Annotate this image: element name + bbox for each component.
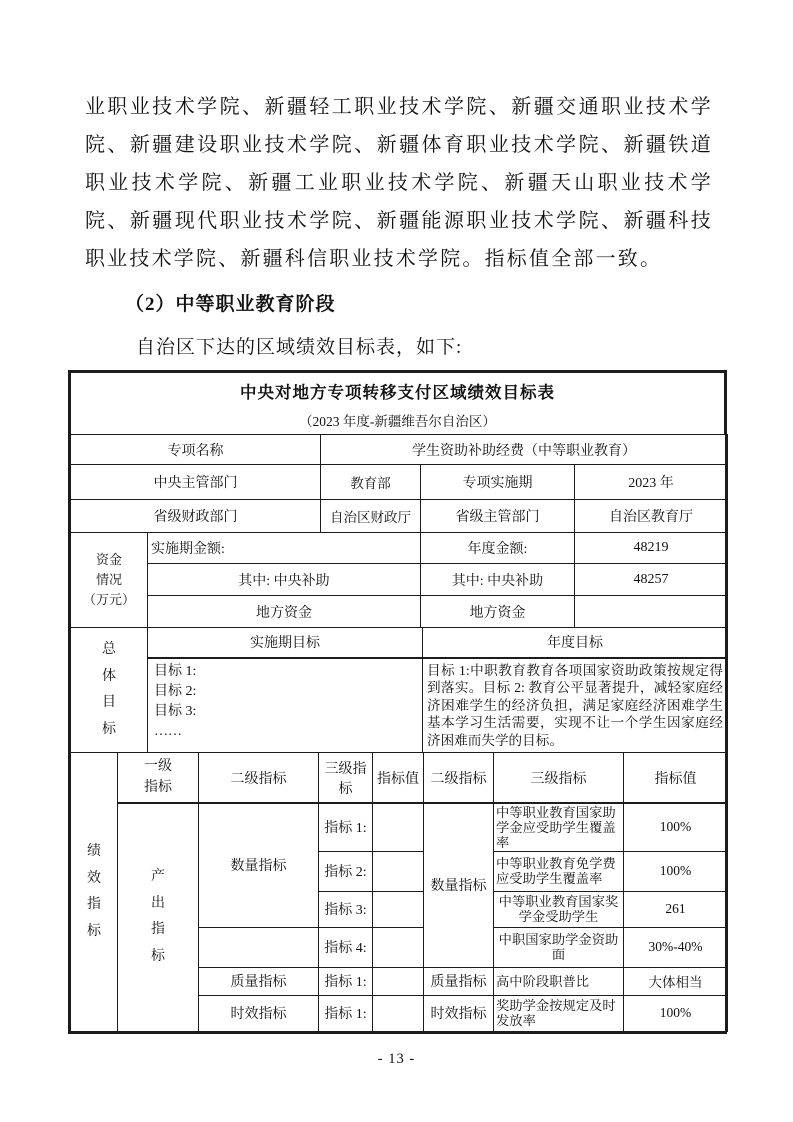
header-level3-left: 三级指标 — [319, 753, 373, 803]
indicator-left-value — [373, 967, 424, 995]
table-section-funds: 资金 情况 （万元） 实施期金额: 年度金额: 48219 其中: 中央补助 其… — [70, 532, 728, 628]
performance-section-label: 绩效指标 — [71, 753, 118, 1032]
intro-line: 自治区下达的区域绩效目标表，如下: — [136, 332, 793, 359]
table-section-departments: 中央主管部门 教育部 专项实施期 2023 年 省级财政部门 自治区财政厅 省级… — [70, 464, 728, 533]
funds-impl-label: 实施期金额: — [148, 533, 421, 564]
indicator-left-l3: 指标 4: — [319, 927, 373, 967]
prov-dept-value: 自治区教育厅 — [575, 500, 728, 533]
funds-annual-value — [575, 596, 728, 628]
prov-finance-label: 省级财政部门 — [71, 500, 321, 533]
page-number: - 13 - — [0, 1051, 793, 1068]
performance-target-table: 中央对地方专项转移支付区域绩效目标表 （2023 年度-新疆维吾尔自治区） 专项… — [68, 370, 727, 1034]
indicator-left-value — [373, 995, 424, 1031]
level1-output-text: 产出指标 — [150, 864, 165, 970]
indicator-right-value: 100% — [624, 851, 728, 891]
annual-goal-header: 年度目标 — [423, 628, 728, 658]
indicator-right-value: 大体相当 — [624, 967, 728, 995]
table-row: 中央对地方专项转移支付区域绩效目标表 （2023 年度-新疆维吾尔自治区） — [71, 373, 725, 435]
header-level1-text: 一级指标 — [143, 757, 172, 798]
project-name-value: 学生资助补助经费（中等职业教育） — [321, 435, 728, 465]
table-section-project: 专项名称 学生资助补助经费（中等职业教育） — [70, 434, 728, 465]
header-level3-right: 三级指标 — [494, 753, 624, 803]
table-row: 省级财政部门 自治区财政厅 省级主管部门 自治区教育厅 — [71, 500, 728, 533]
impl-goal-header: 实施期目标 — [148, 628, 423, 658]
indicator-right-l3: 中等职业教育国家助学金应受助学生覆盖率 — [494, 803, 624, 852]
table-row: 绩效指标 一级指标 二级指标 三级指标 指标值 二级指标 三级指标 指标值 — [71, 753, 728, 803]
indicator-left-value — [373, 891, 424, 927]
indicator-left-l3: 指标 1: — [319, 803, 373, 852]
prov-finance-value: 自治区财政厅 — [321, 500, 421, 533]
overall-goal-section-label: 总体目标 — [71, 628, 148, 753]
indicator-left-value — [373, 927, 424, 967]
body-paragraph: 业职业技术学院、新疆轻工职业技术学院、新疆交通职业技术学院、新疆建设职业技术学院… — [85, 88, 713, 278]
quantity-group-left: 数量指标 — [199, 803, 319, 928]
prov-dept-label: 省级主管部门 — [421, 500, 575, 533]
header-level1: 一级指标 — [118, 753, 199, 803]
quality-group-right: 质量指标 — [424, 967, 494, 995]
funds-section-label: 资金 情况 （万元） — [71, 533, 148, 628]
table-section-overall-goal: 总体目标 实施期目标 年度目标 目标 1: 目标 2: 目标 3: …… 目标 … — [70, 627, 728, 753]
timeliness-group-left: 时效指标 — [199, 995, 319, 1031]
indicator-right-value: 30%-40% — [624, 927, 728, 967]
empty-level2-cell — [199, 927, 319, 967]
indicator-left-value — [373, 803, 424, 852]
table-section-performance: 绩效指标 一级指标 二级指标 三级指标 指标值 二级指标 三级指标 指标值 产出… — [70, 752, 728, 1032]
project-name-label: 专项名称 — [71, 435, 321, 465]
performance-label-text: 绩效指标 — [86, 839, 101, 945]
timeliness-group-right: 时效指标 — [424, 995, 494, 1031]
indicator-right-l3: 中等职业教育免学费应受助学生覆盖率 — [494, 851, 624, 891]
table-title: 中央对地方专项转移支付区域绩效目标表 — [73, 379, 722, 403]
table-row: 目标 1: 目标 2: 目标 3: …… 目标 1:中职教育教育各项国家资助政策… — [71, 658, 728, 753]
header-level2-left: 二级指标 — [199, 753, 319, 803]
indicator-right-l3: 中等职业教育国家奖学金受助学生 — [494, 891, 624, 927]
table-section-title: 中央对地方专项转移支付区域绩效目标表 （2023 年度-新疆维吾尔自治区） — [70, 372, 725, 435]
central-dept-label: 中央主管部门 — [71, 465, 321, 500]
indicator-left-l3: 指标 1: — [319, 967, 373, 995]
indicator-left-value — [373, 851, 424, 891]
period-label: 专项实施期 — [421, 465, 575, 500]
level1-output-indicator: 产出指标 — [118, 803, 199, 1032]
table-row: 产出指标 数量指标 指标 1: 数量指标 中等职业教育国家助学金应受助学生覆盖率… — [71, 803, 728, 852]
indicator-right-value: 100% — [624, 803, 728, 852]
funds-annual-label: 年度金额: — [421, 533, 575, 564]
indicator-left-l3: 指标 2: — [319, 851, 373, 891]
indicator-left-l3: 指标 3: — [319, 891, 373, 927]
funds-annual-value: 48219 — [575, 533, 728, 564]
indicator-right-l3: 中职国家助学金资助面 — [494, 927, 624, 967]
indicator-left-l3: 指标 1: — [319, 995, 373, 1031]
indicator-right-value: 261 — [624, 891, 728, 927]
table-subtitle: （2023 年度-新疆维吾尔自治区） — [73, 410, 722, 430]
annual-goal-content: 目标 1:中职教育教育各项国家资助政策按规定得到落实。目标 2: 教育公平显著提… — [423, 658, 728, 753]
table-row: 专项名称 学生资助补助经费（中等职业教育） — [71, 435, 728, 465]
table-title-cell: 中央对地方专项转移支付区域绩效目标表 （2023 年度-新疆维吾尔自治区） — [71, 373, 725, 435]
funds-annual-value: 48257 — [575, 564, 728, 596]
table-row: 资金 情况 （万元） 实施期金额: 年度金额: 48219 — [71, 533, 728, 564]
central-dept-value: 教育部 — [321, 465, 421, 500]
indicator-right-l3: 高中阶段职普比 — [494, 967, 624, 995]
document-page: 业职业技术学院、新疆轻工职业技术学院、新疆交通职业技术学院、新疆建设职业技术学院… — [0, 0, 793, 1122]
table-row: 其中: 中央补助 其中: 中央补助 48257 — [71, 564, 728, 596]
section-heading: （2）中等职业教育阶段 — [125, 289, 793, 316]
indicator-right-l3: 奖助学金按规定及时发放率 — [494, 995, 624, 1031]
funds-annual-label: 其中: 中央补助 — [421, 564, 575, 596]
indicator-right-value: 100% — [624, 995, 728, 1031]
funds-impl-label: 其中: 中央补助 — [148, 564, 421, 596]
table-row: 总体目标 实施期目标 年度目标 — [71, 628, 728, 658]
quantity-group-right: 数量指标 — [424, 803, 494, 968]
header-value-right: 指标值 — [624, 753, 728, 803]
table-row: 中央主管部门 教育部 专项实施期 2023 年 — [71, 465, 728, 500]
period-value: 2023 年 — [575, 465, 728, 500]
header-value-left: 指标值 — [373, 753, 424, 803]
overall-goal-label-text: 总体目标 — [101, 637, 116, 743]
header-level2-right: 二级指标 — [424, 753, 494, 803]
funds-impl-label: 地方资金 — [148, 596, 421, 628]
funds-annual-label: 地方资金 — [421, 596, 575, 628]
quality-group-left: 质量指标 — [199, 967, 319, 995]
table-row: 地方资金 地方资金 — [71, 596, 728, 628]
impl-goal-content: 目标 1: 目标 2: 目标 3: …… — [148, 658, 423, 753]
